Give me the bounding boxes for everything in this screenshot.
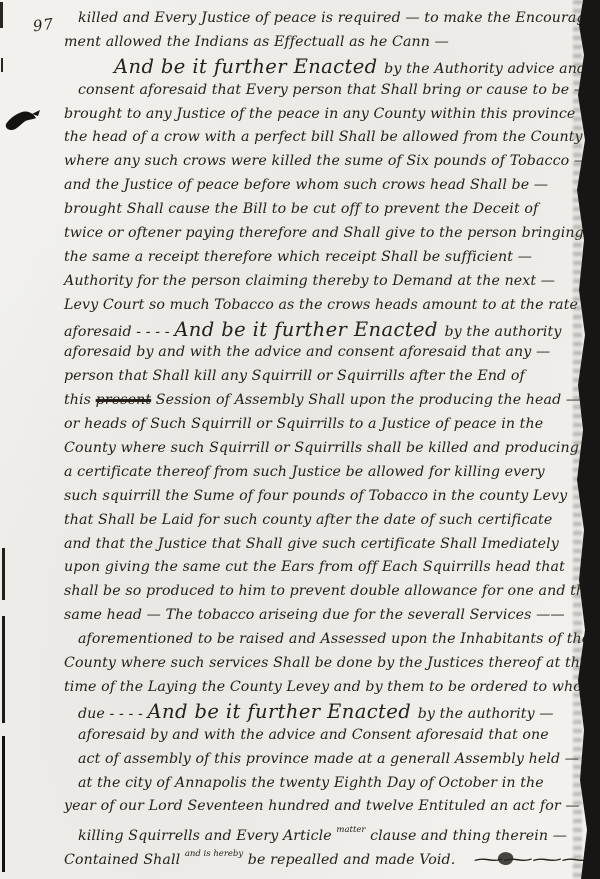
manuscript-text-segment: Authority for the person claiming thereb…: [64, 273, 555, 289]
manuscript-line: consent aforesaid that Every person that…: [64, 79, 580, 103]
manuscript-text-segment: clause and thing therein —: [365, 828, 567, 844]
page-number: 97: [32, 15, 55, 36]
manuscript-text-segment: County where such services Shall be done…: [64, 655, 589, 671]
binding-edge-mark: [1, 58, 3, 72]
manuscript-line: time of the Laying the County Levey and …: [64, 676, 580, 700]
manuscript-line: twice or oftener paying therefore and Sh…: [64, 222, 580, 246]
manuscript-line: that Shall be Laid for such county after…: [64, 509, 580, 533]
manuscript-text-segment: upon giving the same cut the Ears from o…: [64, 559, 565, 575]
manuscript-line: the head of a crow with a perfect bill S…: [64, 126, 580, 150]
manuscript-text-segment: where any such crows were killed the sum…: [64, 153, 588, 169]
manuscript-text-segment: this: [64, 392, 96, 408]
manuscript-text-segment: and the Justice of peace before whom suc…: [64, 177, 548, 193]
manuscript-line: act of assembly of this province made at…: [64, 748, 580, 772]
manuscript-line: this present Session of Assembly Shall u…: [64, 389, 580, 413]
manuscript-text-segment: the same a receipt therefore which recei…: [64, 249, 532, 265]
enacting-clause-text: And be it further Enacted: [148, 700, 418, 723]
manuscript-line: ment allowed the Indians as Effectuall a…: [64, 31, 580, 55]
manuscript-text-segment: year of our Lord Seventeen hundred and t…: [64, 798, 580, 814]
manuscript-text-segment: by the Authority advice and —: [384, 61, 600, 77]
manuscript-text-segment: brought to any Justice of the peace in a…: [64, 106, 575, 122]
manuscript-text-segment: that Shall be Laid for such county after…: [64, 512, 552, 528]
manuscript-line: and the Justice of peace before whom suc…: [64, 174, 580, 198]
manuscript-text-segment: Contained Shall: [64, 852, 185, 868]
binding-edge-mark: [0, 2, 3, 28]
manuscript-line: such squirrill the Sume of four pounds o…: [64, 485, 580, 509]
manuscript-text-segment: such squirrill the Sume of four pounds o…: [64, 488, 567, 504]
manuscript-text-segment: Levy Court so much Tobacco as the crows …: [64, 297, 578, 313]
manuscript-line: killing Squirrells and Every Article mat…: [64, 819, 580, 843]
manuscript-line: due - - - - And be it further Enacted by…: [64, 700, 580, 724]
manuscript-text-segment: the head of a crow with a perfect bill S…: [64, 129, 583, 145]
ink-blot-icon: [2, 102, 50, 142]
manuscript-text-segment: by the authority: [444, 324, 561, 340]
manuscript-line: aforesaid by and with the advice and Con…: [64, 724, 580, 748]
manuscript-text-segment: by the authority —: [418, 706, 554, 722]
manuscript-text-segment: person that Shall kill any Squirrill or …: [64, 368, 525, 384]
manuscript-line: a certificate thereof from such Justice …: [64, 461, 580, 485]
manuscript-text-segment: aforesaid by and with the advice and Con…: [78, 727, 549, 743]
manuscript-line: aforementioned to be raised and Assessed…: [64, 628, 580, 652]
manuscript-text-segment: shall be so produced to him to prevent d…: [64, 583, 594, 599]
manuscript-line: aforesaid by and with the advice and con…: [64, 341, 580, 365]
manuscript-text-segment: consent aforesaid that Every person that…: [78, 82, 588, 98]
manuscript-line: same head — The tobacco ariseing due for…: [64, 604, 580, 628]
manuscript-text-segment: and that the Justice that Shall give suc…: [64, 536, 559, 552]
interlinear-insertion: and is hereby: [185, 849, 243, 859]
manuscript-text-segment: aforesaid - - - -: [64, 324, 174, 340]
binding-edge: [2, 548, 5, 872]
manuscript-line: the same a receipt therefore which recei…: [64, 246, 580, 270]
manuscript-text-segment: ment allowed the Indians as Effectuall a…: [64, 34, 449, 50]
flourish-swash-icon: ~~~~: [470, 849, 587, 873]
manuscript-text-segment: same head — The tobacco ariseing due for…: [64, 607, 565, 623]
manuscript-text: killed and Every Justice of peace is req…: [64, 7, 580, 867]
manuscript-line: And be it further Enacted by the Authori…: [64, 55, 580, 79]
manuscript-line: County where such services Shall be done…: [64, 652, 580, 676]
manuscript-line: or heads of Such Squirrill or Squirrills…: [64, 413, 580, 437]
enacting-clause-text: And be it further Enacted: [174, 318, 444, 341]
manuscript-line: at the city of Annapolis the twenty Eigh…: [64, 772, 580, 796]
manuscript-text-segment: twice or oftener paying therefore and Sh…: [64, 225, 584, 241]
manuscript-line: killed and Every Justice of peace is req…: [64, 7, 580, 31]
manuscript-text-segment: Session of Assembly Shall upon the produ…: [151, 392, 580, 408]
manuscript-text-segment: at the city of Annapolis the twenty Eigh…: [78, 775, 544, 791]
enacting-clause-text: And be it further Enacted: [114, 55, 384, 78]
interlinear-insertion: matter: [336, 825, 365, 835]
manuscript-text-segment: due - - - -: [78, 706, 148, 722]
manuscript-line: year of our Lord Seventeen hundred and t…: [64, 795, 580, 819]
manuscript-line: County where such Squirrill or Squirrill…: [64, 437, 580, 461]
manuscript-line: upon giving the same cut the Ears from o…: [64, 556, 580, 580]
manuscript-page: 97 killed and Every Justice of peace is …: [0, 0, 600, 879]
manuscript-line: person that Shall kill any Squirrill or …: [64, 365, 580, 389]
manuscript-text-segment: be repealled and made Void.: [243, 852, 460, 868]
manuscript-line: Authority for the person claiming thereb…: [64, 270, 580, 294]
manuscript-line: Levy Court so much Tobacco as the crows …: [64, 294, 580, 318]
manuscript-text-segment: brought Shall cause the Bill to be cut o…: [64, 201, 538, 217]
manuscript-text-segment: County where such Squirrill or Squirrill…: [64, 440, 598, 456]
manuscript-text-segment: aforesaid by and with the advice and con…: [64, 344, 550, 360]
manuscript-text-segment: time of the Laying the County Levey and …: [64, 679, 600, 695]
torn-edge-shadow: [573, 0, 582, 879]
manuscript-text-segment: killed and Every Justice of peace is req…: [78, 10, 594, 26]
manuscript-line: and that the Justice that Shall give suc…: [64, 533, 580, 557]
manuscript-text-segment: killing Squirrells and Every Article: [78, 828, 336, 844]
manuscript-text-segment: a certificate thereof from such Justice …: [64, 464, 545, 480]
manuscript-text-segment: or heads of Such Squirrill or Squirrills…: [64, 416, 543, 432]
manuscript-line: brought Shall cause the Bill to be cut o…: [64, 198, 580, 222]
struck-text: present: [96, 392, 151, 408]
manuscript-line: shall be so produced to him to prevent d…: [64, 580, 580, 604]
manuscript-line: where any such crows were killed the sum…: [64, 150, 580, 174]
manuscript-line: brought to any Justice of the peace in a…: [64, 103, 580, 127]
manuscript-line: aforesaid - - - - And be it further Enac…: [64, 318, 580, 342]
manuscript-text-segment: act of assembly of this province made at…: [78, 751, 579, 767]
manuscript-text-segment: aforementioned to be raised and Assessed…: [78, 631, 590, 647]
